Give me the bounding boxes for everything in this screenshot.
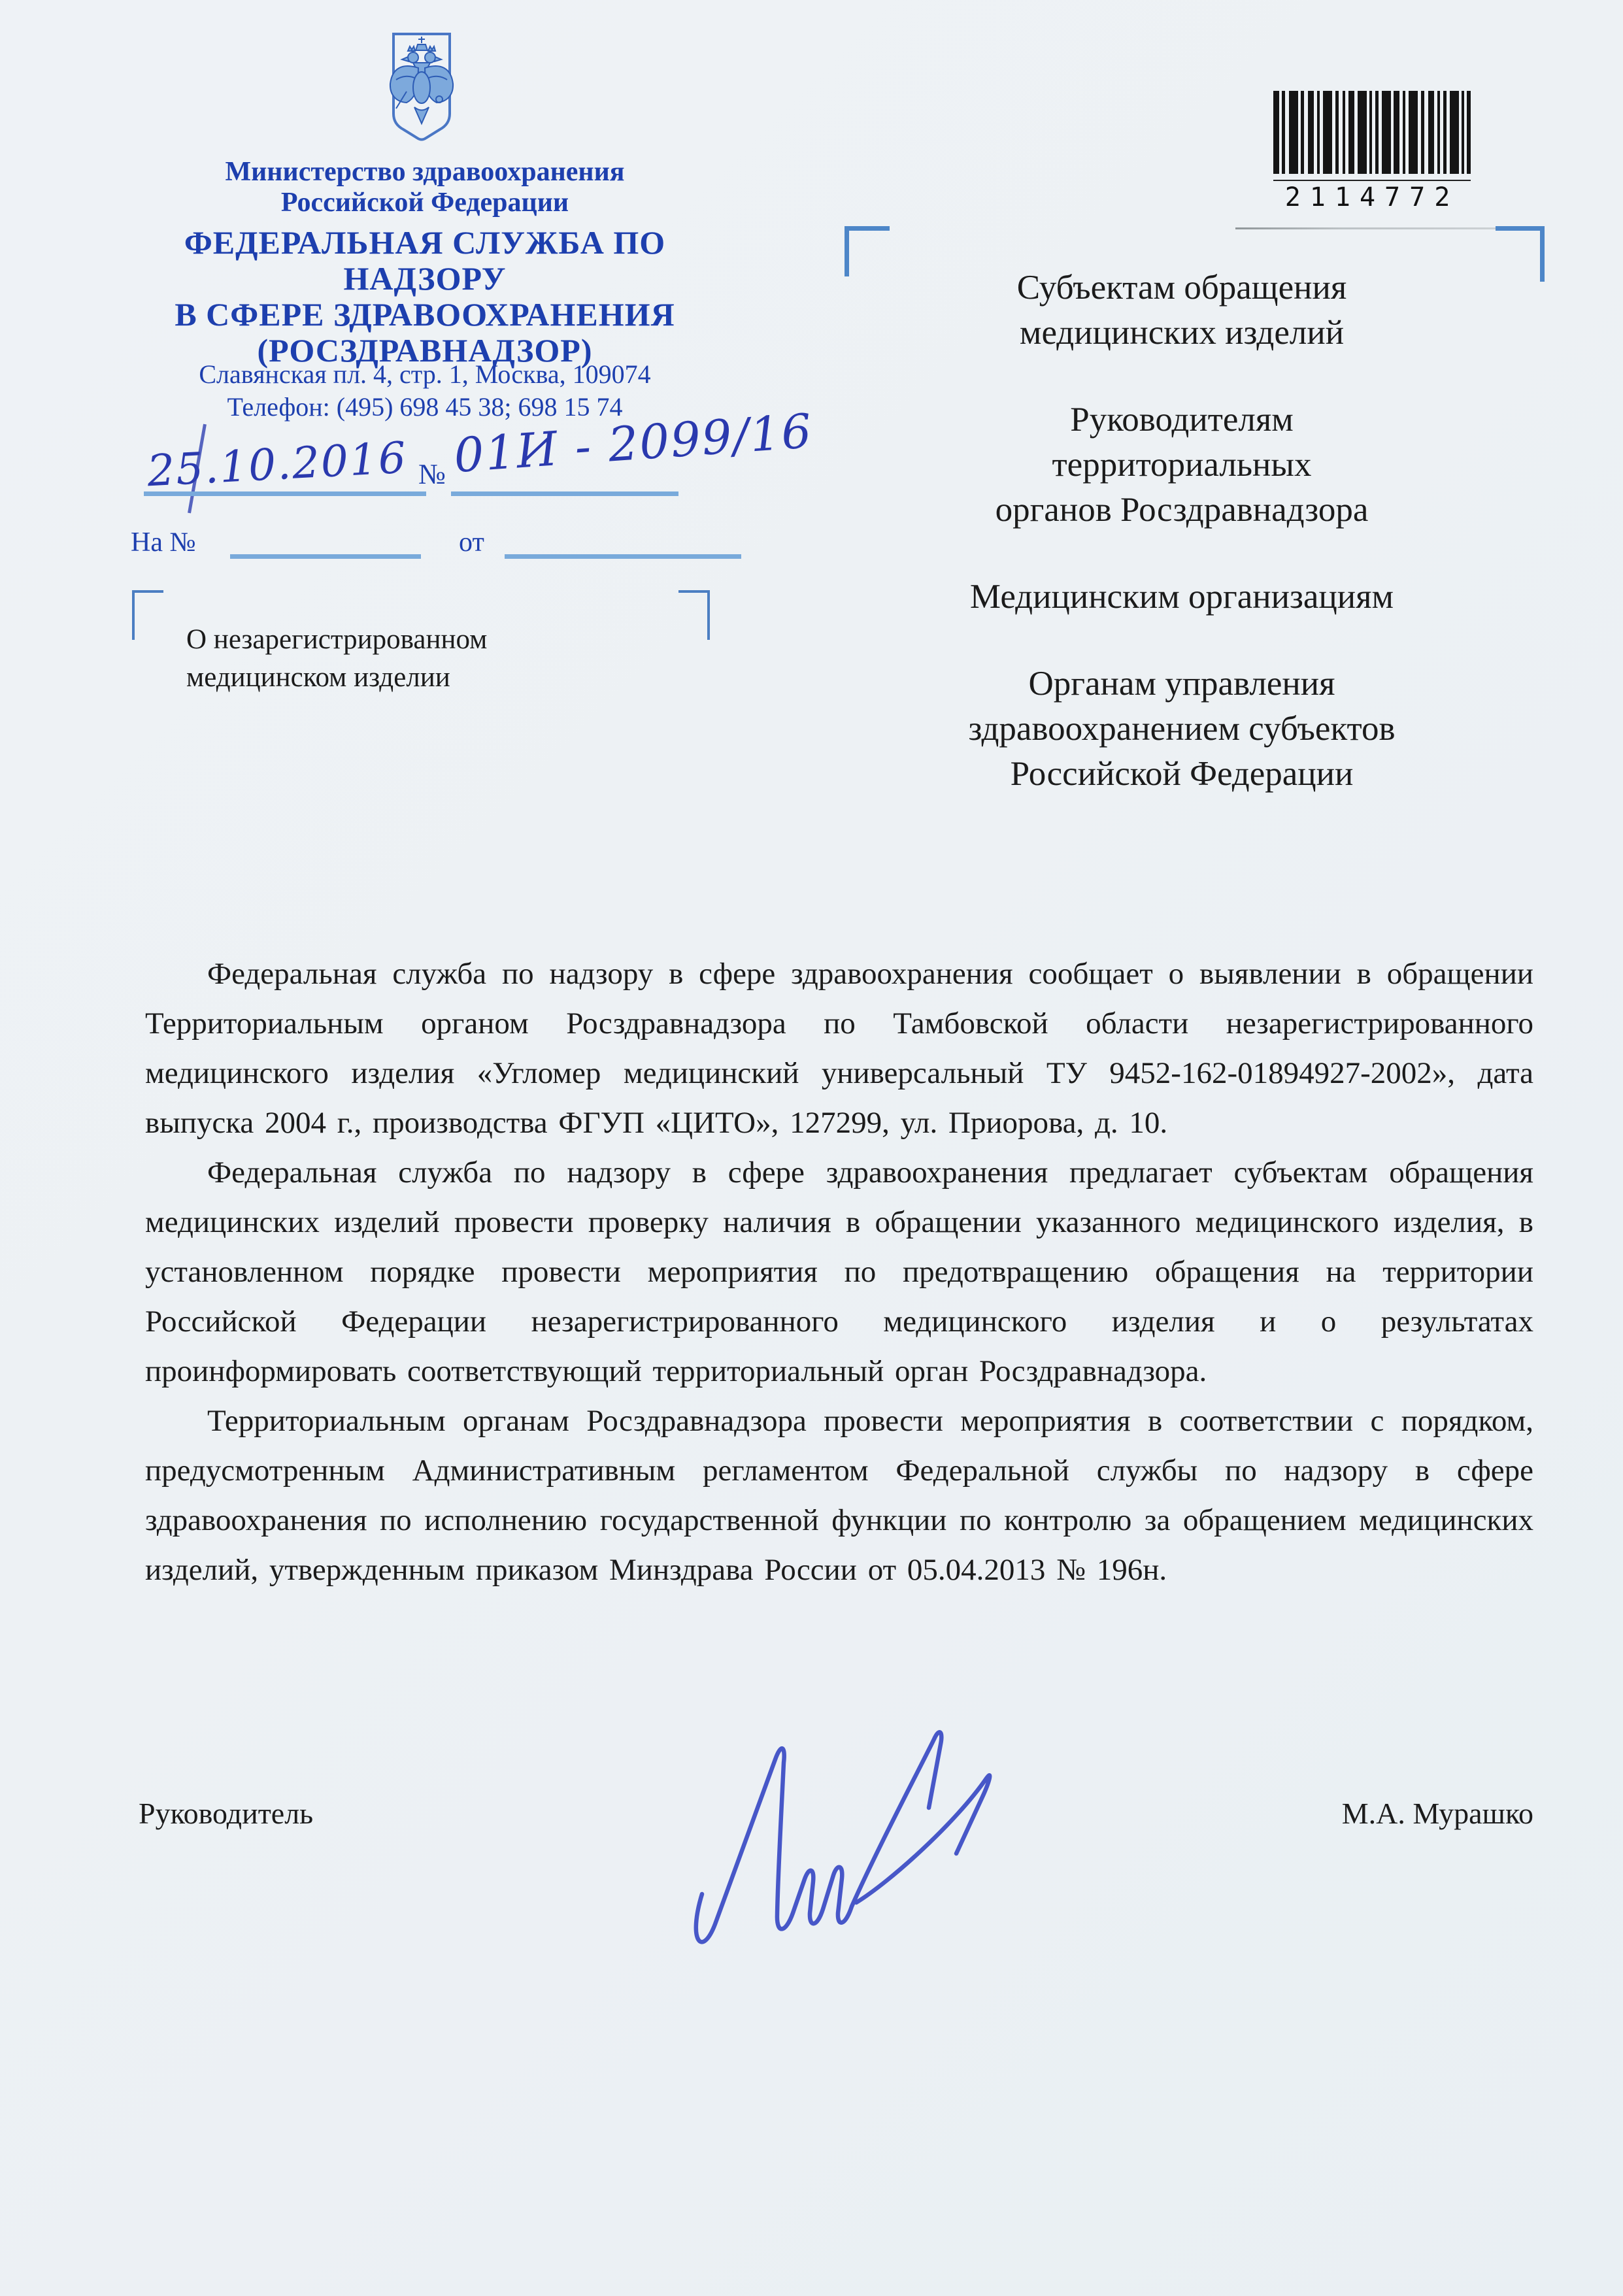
letterhead-contacts: Славянская пл. 4, стр. 1, Москва, 109074… (131, 358, 719, 424)
body-paragraph-1: Федеральная служба по надзору в сфере зд… (145, 949, 1533, 1148)
reply-date-underline (505, 554, 741, 559)
reply-number-label: На № (131, 527, 196, 558)
service-line-2: В СФЕРЕ ЗДРАВООХРАНЕНИЯ (131, 297, 719, 333)
letterhead-address: Славянская пл. 4, стр. 1, Москва, 109074 (131, 358, 719, 391)
recipient-line: Органам управления (888, 661, 1476, 707)
subject-block: О незарегистрированном медицинском издел… (186, 621, 487, 697)
number-sign-label: № (418, 458, 446, 491)
body-paragraph-2: Федеральная служба по надзору в сфере зд… (145, 1148, 1533, 1396)
recipients-block: Субъектам обращения медицинских изделий … (888, 265, 1476, 839)
service-heading: ФЕДЕРАЛЬНАЯ СЛУЖБА ПО НАДЗОРУ В СФЕРЕ ЗД… (131, 225, 719, 369)
recipient-line: органов Росздравнадзора (888, 488, 1476, 533)
barcode-number: 2114772 (1273, 180, 1471, 212)
recipient-line: территориальных (888, 442, 1476, 488)
recipient-group-4: Органам управления здравоохранением субъ… (888, 661, 1476, 797)
signer-name: М.А. Мурашко (1298, 1796, 1533, 1831)
signature-scribble-icon (647, 1698, 1092, 1963)
recipient-group-2: Руководителям территориальных органов Ро… (888, 397, 1476, 533)
ministry-line-1: Министерство здравоохранения (131, 157, 719, 188)
subject-zone-corner-right-icon (678, 590, 710, 640)
recipient-group-1: Субъектам обращения медицинских изделий (888, 265, 1476, 356)
scan-artifact-line (1235, 227, 1498, 229)
recipient-line: Субъектам обращения (888, 265, 1476, 310)
subject-line-2: медицинском изделии (186, 659, 487, 697)
date-underline (144, 491, 426, 496)
recipient-line: Руководителям (888, 397, 1476, 442)
scanned-letter-page: Министерство здравоохранения Российской … (0, 0, 1623, 2296)
ministry-line-2: Российской Федерации (131, 188, 719, 218)
recipient-line: здравоохранением субъектов (888, 707, 1476, 752)
service-line-1: ФЕДЕРАЛЬНАЯ СЛУЖБА ПО НАДЗОРУ (131, 225, 719, 297)
recipient-line: медицинских изделий (888, 310, 1476, 356)
barcode-bars (1273, 91, 1471, 174)
handwritten-date: 25.10.2016 (146, 433, 408, 497)
letter-body: Федеральная служба по надзору в сфере зд… (145, 949, 1533, 1595)
reply-number-underline (230, 554, 421, 559)
recipient-line: Российской Федерации (888, 752, 1476, 797)
coat-of-arms-icon (373, 27, 471, 149)
recipient-line: Медицинским организациям (888, 574, 1476, 620)
signer-title: Руководитель (139, 1796, 313, 1831)
body-paragraph-3: Территориальным органам Росздравнадзора … (145, 1396, 1533, 1595)
address-zone-corner-left-icon (845, 226, 890, 276)
ministry-heading: Министерство здравоохранения Российской … (131, 157, 719, 218)
reply-date-label: от (459, 527, 484, 558)
number-underline (451, 491, 678, 496)
recipient-group-3: Медицинским организациям (888, 574, 1476, 620)
subject-line-1: О незарегистрированном (186, 621, 487, 659)
subject-zone-corner-left-icon (132, 590, 163, 640)
barcode: 2114772 (1273, 91, 1471, 212)
address-zone-corner-right-icon (1496, 226, 1545, 282)
